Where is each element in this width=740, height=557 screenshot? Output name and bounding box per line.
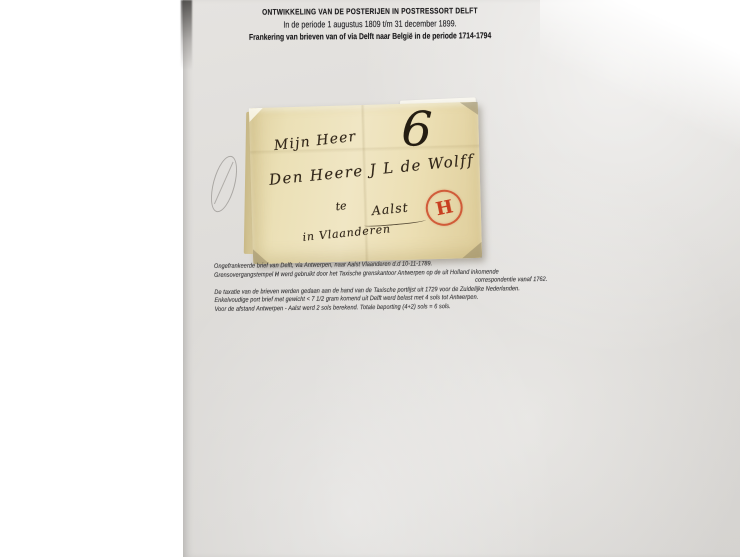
exhibit-subject-line: Frankering van brieven van of via Delft … — [230, 30, 510, 43]
h-boundary-stamp: H — [422, 186, 465, 229]
page-edge-shadow — [181, 0, 192, 70]
cover-corner-fold-tl — [249, 108, 263, 122]
address-town: Aalst — [371, 200, 409, 219]
address-salutation: Mijn Heer — [273, 129, 357, 154]
exhibit-period-line: In de periode 1 augustus 1809 t/m 31 dec… — [230, 18, 510, 31]
caption-line-2-suffix: werd gebruikt door het Taxische grenskan… — [279, 268, 499, 278]
postal-cover-letter: Mijn Heer Den Heere J L de Wolff te Aals… — [249, 102, 482, 264]
photographed-album-page: ONTWIKKELING VAN DE POSTERIJEN IN POSTRE… — [0, 0, 740, 557]
exhibit-header: ONTWIKKELING VAN DE POSTERIJEN IN POSTRE… — [230, 5, 510, 43]
address-name: Den Heere J L de Wolff — [268, 151, 475, 189]
pencil-annotation-stroke — [214, 162, 234, 204]
manuscript-rate-marking: 6 — [400, 103, 433, 156]
page-glare-highlight — [540, 0, 740, 150]
h-boundary-stamp-letter: H — [434, 196, 455, 220]
address-preposition: te — [335, 199, 347, 213]
caption-line-2-prefix: Grensovergangstempel — [214, 271, 275, 279]
cover-corner-fold-br — [462, 242, 482, 259]
address-region: in Vlaanderen — [302, 222, 391, 244]
caption-text-block: Ongefrankeerde brief van Delft, via Antw… — [214, 259, 548, 315]
exhibit-title: ONTWIKKELING VAN DE POSTERIJEN IN POSTRE… — [230, 5, 510, 19]
cover-corner-fold-tr — [460, 102, 478, 115]
